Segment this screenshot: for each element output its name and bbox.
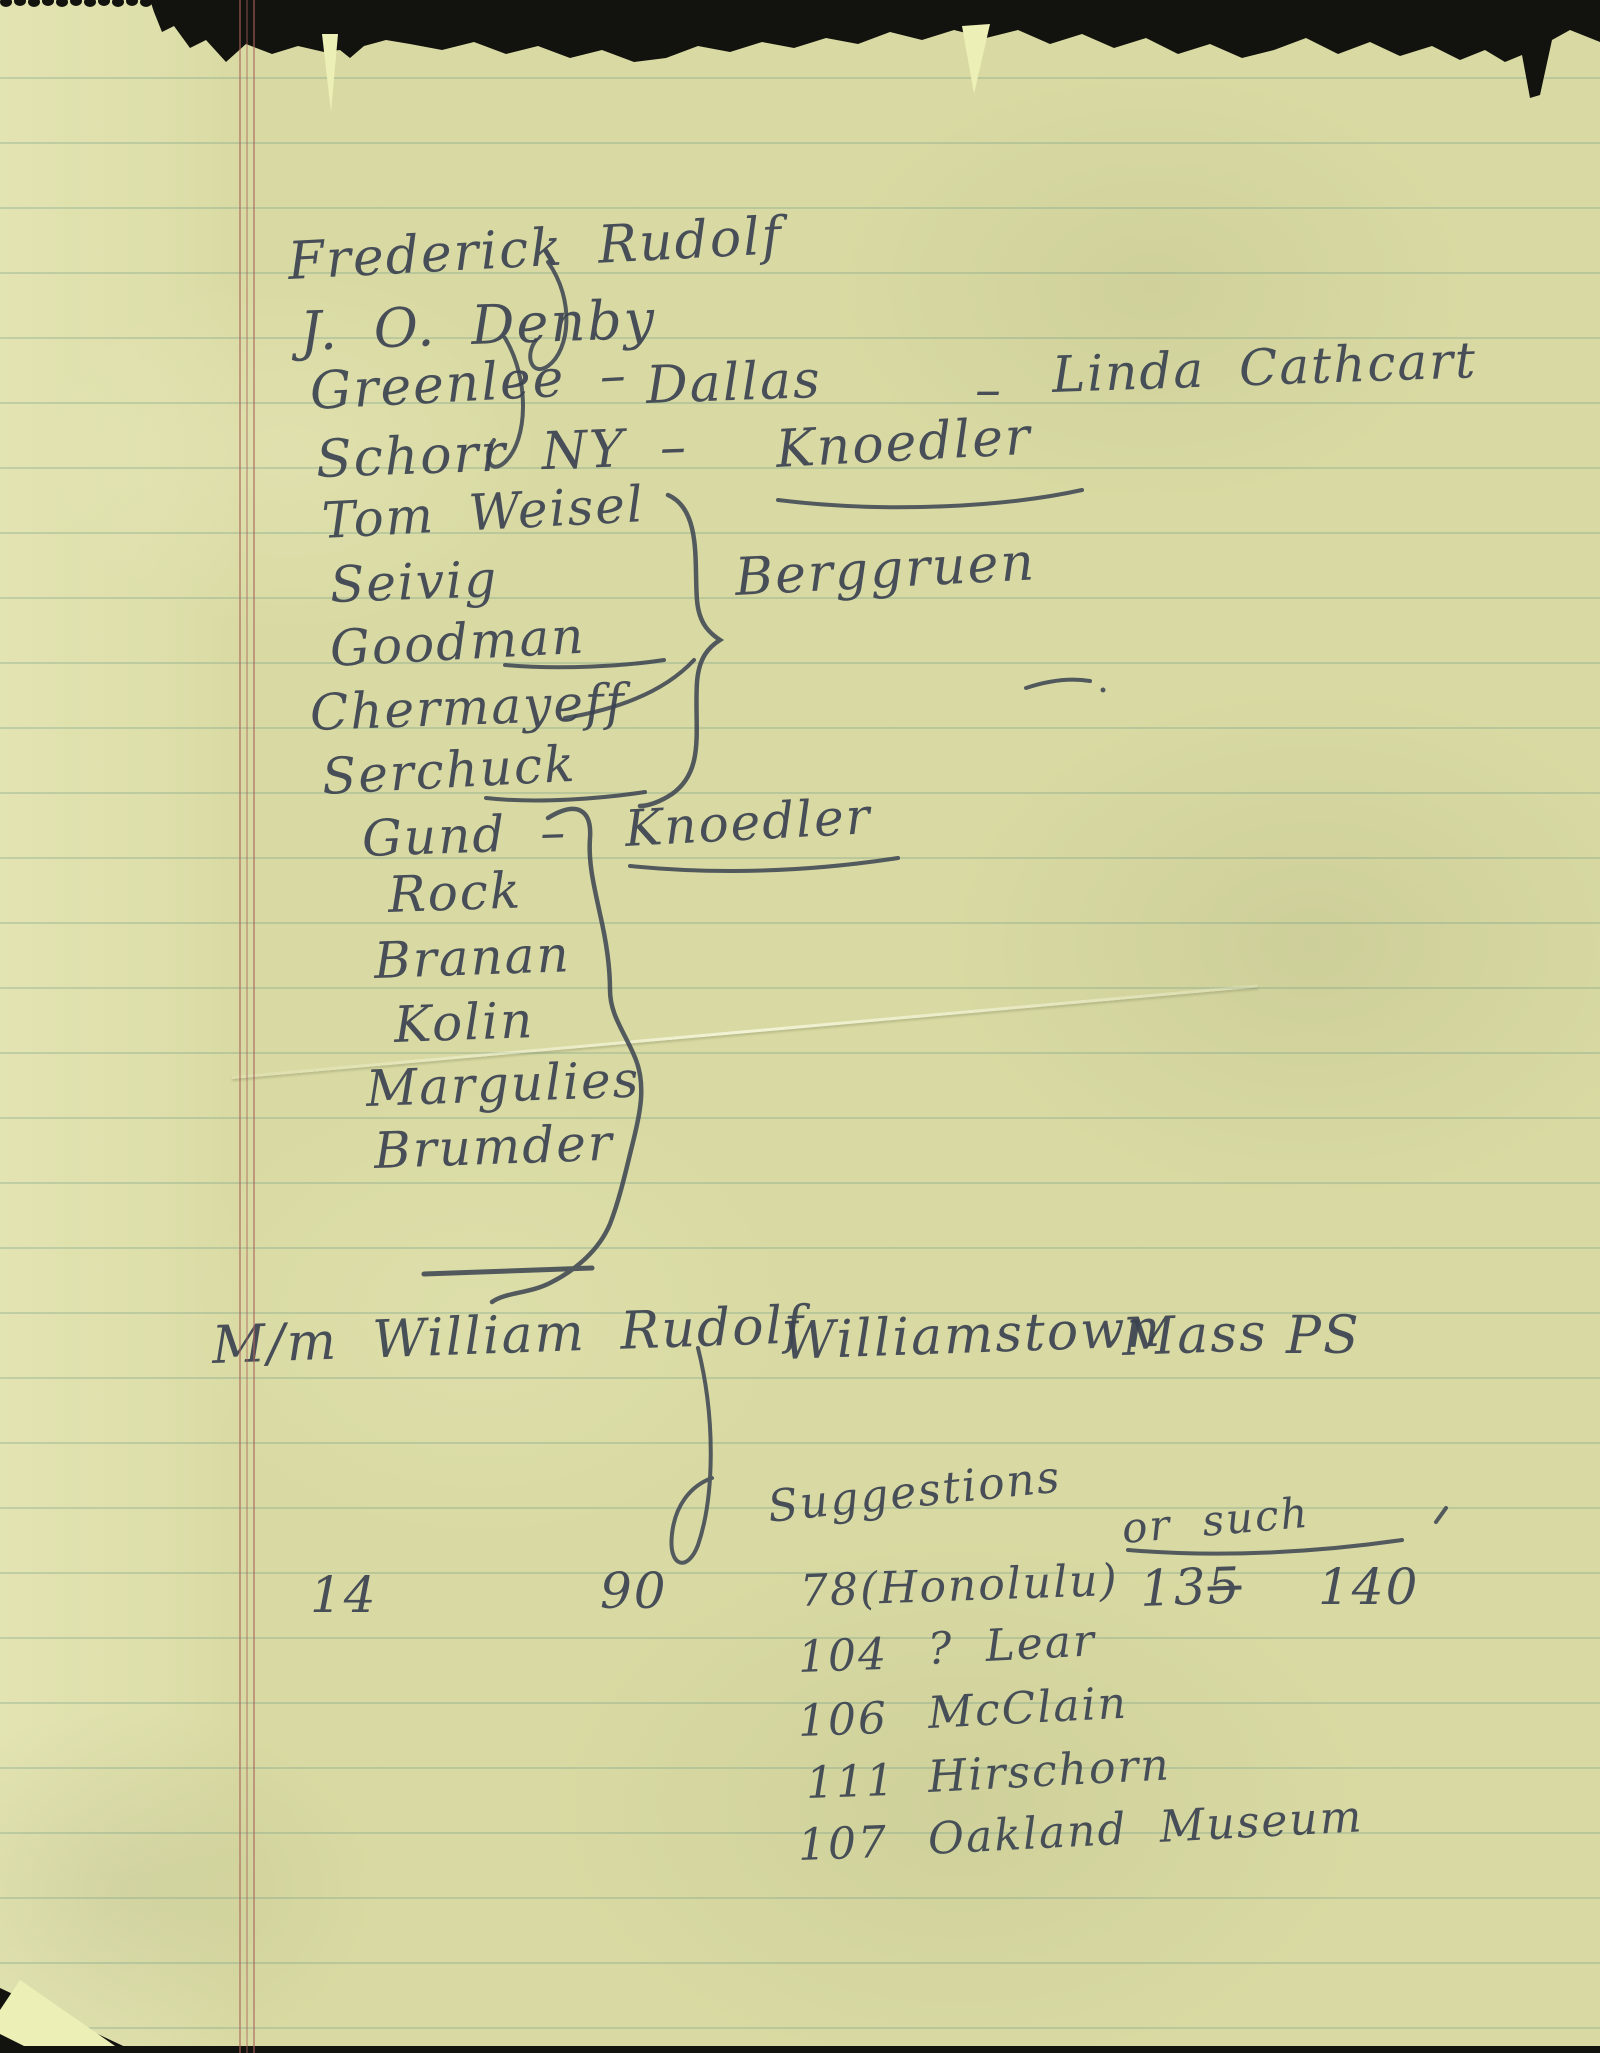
name-seivig: Seivig [329, 550, 499, 614]
item-num-106: 106 [797, 1693, 889, 1747]
name-rock: Rock [387, 861, 523, 924]
red-margin-line-1 [239, 0, 241, 2053]
contact-suffix: PS [1286, 1306, 1361, 1366]
item-num-107: 107 [797, 1817, 889, 1871]
scanned-note-page: Frederick Rudolf J. O. Denby Greenlee – … [0, 0, 1600, 2053]
suggestion-number-14: 14 [310, 1566, 378, 1624]
item-label-lear: ? Lear [927, 1615, 1098, 1675]
name-kolin: Kolin [393, 991, 535, 1054]
suggestion-number-90: 90 [600, 1562, 668, 1620]
suggestion-number-135-struck: 135 [1139, 1556, 1242, 1618]
greenlee-city: Dallas [645, 350, 823, 416]
name-chermayeff: Chermayeff [309, 673, 627, 742]
name-branan: Branan [373, 925, 572, 990]
suggestion-number-140: 140 [1318, 1558, 1419, 1616]
red-margin-line-3 [253, 0, 255, 2053]
name-margulies: Margulies [365, 1050, 641, 1118]
number-135-struck-digit: 5 [1207, 1556, 1243, 1615]
name-gund: Gund – [361, 803, 568, 868]
item-label-mcclain: McClain [927, 1678, 1129, 1739]
item-num-104: 104 [797, 1629, 889, 1683]
item-num-111: 111 [805, 1755, 897, 1809]
number-135-prefix: 13 [1139, 1558, 1209, 1618]
name-brumder: Brumder [373, 1114, 615, 1180]
contact-state: Mass [1121, 1303, 1269, 1368]
red-margin-line-2 [246, 0, 248, 2053]
